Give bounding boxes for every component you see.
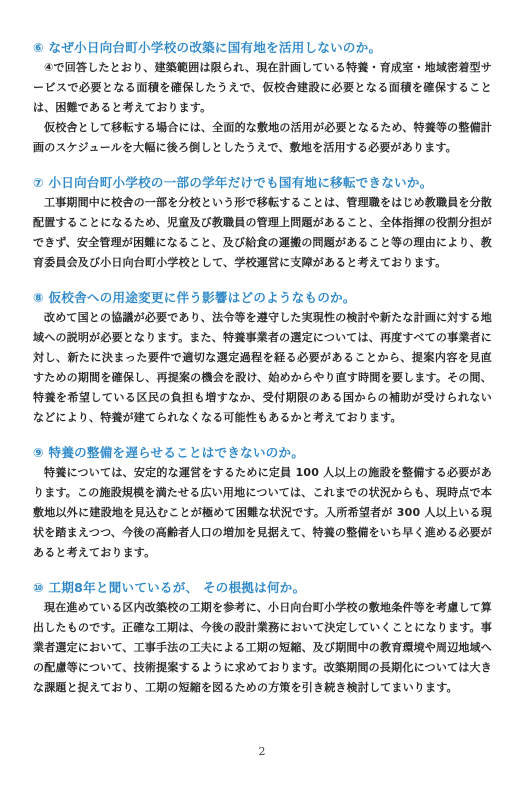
section-q8: ⑧ 仮校舎への用途変更に伴う影響はどのようなものか。 改めて国との協議が必要であ… bbox=[33, 288, 492, 428]
answer-paragraph: 工事期間中に校舎の一部を分校という形で移転することは、管理職をはじめ教職員を分散… bbox=[33, 193, 492, 273]
document-page: ⑥ なぜ小日向台町小学校の改築に国有地を活用しないのか。 ④で回答したとおり、建… bbox=[0, 0, 524, 800]
question-heading-q6: ⑥ なぜ小日向台町小学校の改築に国有地を活用しないのか。 bbox=[33, 38, 492, 58]
answer-paragraph: 改めて国との協議が必要であり、法令等を遵守した実現性の検討や新たな計画に対する地… bbox=[33, 308, 492, 428]
question-heading-q10: ⑩ 工期8年と聞いているが、 その根拠は何か。 bbox=[33, 578, 492, 598]
page-number: 2 bbox=[0, 745, 524, 758]
answer-paragraph: 特養については、安定的な運営をするために定員 100 人以上の施設を整備する必要… bbox=[33, 463, 492, 563]
answer-paragraph: 現在進めている区内改築校の工期を参考に、小日向台町小学校の敷地条件等を考慮して算… bbox=[33, 598, 492, 698]
section-q9: ⑨ 特養の整備を遅らせることはできないのか。 特養については、安定的な運営をする… bbox=[33, 443, 492, 563]
section-q10: ⑩ 工期8年と聞いているが、 その根拠は何か。 現在進めている区内改築校の工期を… bbox=[33, 578, 492, 698]
answer-paragraph: ④で回答したとおり、建築範囲は限られ、現在計画している特養・育成室・地域密着型サ… bbox=[33, 58, 492, 118]
question-heading-q7: ⑦ 小日向台町小学校の一部の学年だけでも国有地に移転できないか。 bbox=[33, 173, 492, 193]
section-q6: ⑥ なぜ小日向台町小学校の改築に国有地を活用しないのか。 ④で回答したとおり、建… bbox=[33, 38, 492, 158]
answer-paragraph: 仮校舎として移転する場合には、全面的な敷地の活用が必要となるため、特養等の整備計… bbox=[33, 118, 492, 158]
question-heading-q9: ⑨ 特養の整備を遅らせることはできないのか。 bbox=[33, 443, 492, 463]
question-heading-q8: ⑧ 仮校舎への用途変更に伴う影響はどのようなものか。 bbox=[33, 288, 492, 308]
section-q7: ⑦ 小日向台町小学校の一部の学年だけでも国有地に移転できないか。 工事期間中に校… bbox=[33, 173, 492, 273]
